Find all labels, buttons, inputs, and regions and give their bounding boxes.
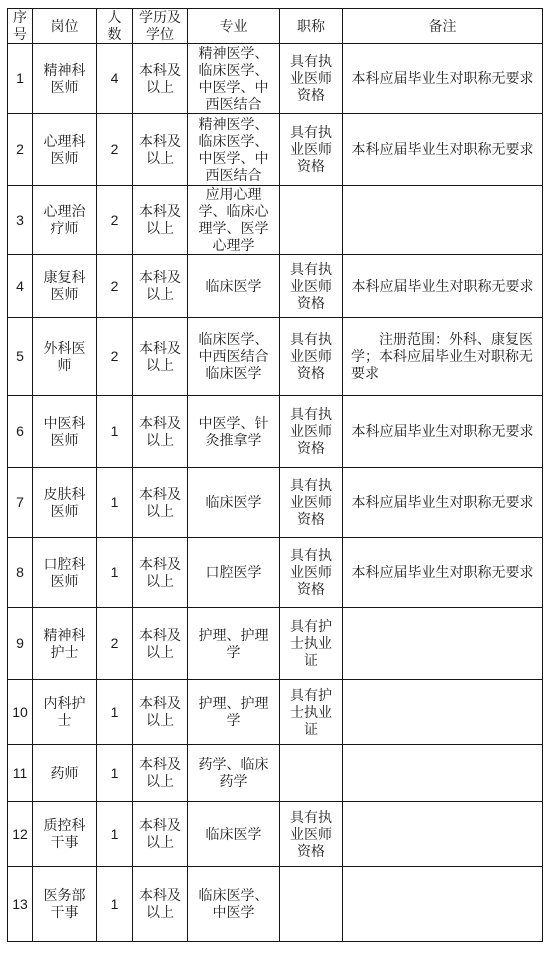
header-cell-note: 备注 <box>343 9 543 44</box>
cell-note: 注册范围：外科、康复医学；本科应届毕业生对职称无要求 <box>343 318 543 396</box>
cell-post: 内科护士 <box>33 680 97 745</box>
header-cell-no: 序号 <box>8 9 33 44</box>
header-cell-edu: 学历及学位 <box>133 9 188 44</box>
cell-count: 2 <box>97 186 133 255</box>
cell-note: 本科应届毕业生对职称无要求 <box>343 468 543 538</box>
table-row: 4康复科医师2本科及以上临床医学具有执业医师资格本科应届毕业生对职称无要求 <box>8 255 543 318</box>
cell-note <box>343 802 543 867</box>
cell-edu: 本科及以上 <box>133 867 188 942</box>
cell-major: 临床医学、中医学 <box>188 867 280 942</box>
cell-edu: 本科及以上 <box>133 114 188 186</box>
cell-no: 3 <box>8 186 33 255</box>
header-row: 序号 岗位 人数 学历及学位 专业 职称 备注 <box>8 9 543 44</box>
cell-post: 心理科医师 <box>33 114 97 186</box>
cell-major: 药学、临床药学 <box>188 745 280 802</box>
header-cell-count: 人数 <box>97 9 133 44</box>
cell-note: 本科应届毕业生对职称无要求 <box>343 396 543 468</box>
cell-title: 具有执业医师资格 <box>280 255 343 318</box>
table-row: 3心理治疗师2本科及以上应用心理学、临床心理学、医学心理学 <box>8 186 543 255</box>
cell-major: 口腔医学 <box>188 538 280 608</box>
cell-post: 皮肤科医师 <box>33 468 97 538</box>
cell-edu: 本科及以上 <box>133 255 188 318</box>
cell-note <box>343 745 543 802</box>
header-cell-major: 专业 <box>188 9 280 44</box>
cell-no: 2 <box>8 114 33 186</box>
cell-title: 具有执业医师资格 <box>280 318 343 396</box>
cell-count: 1 <box>97 468 133 538</box>
table-body: 1精神科医师4本科及以上精神医学、临床医学、中医学、中西医结合具有执业医师资格本… <box>8 44 543 942</box>
cell-post: 药师 <box>33 745 97 802</box>
cell-count: 1 <box>97 745 133 802</box>
cell-count: 1 <box>97 802 133 867</box>
cell-note <box>343 186 543 255</box>
cell-edu: 本科及以上 <box>133 802 188 867</box>
cell-major: 临床医学、中西医结合临床医学 <box>188 318 280 396</box>
table-row: 5外科医师2本科及以上临床医学、中西医结合临床医学具有执业医师资格注册范围：外科… <box>8 318 543 396</box>
cell-edu: 本科及以上 <box>133 468 188 538</box>
cell-edu: 本科及以上 <box>133 396 188 468</box>
cell-edu: 本科及以上 <box>133 44 188 114</box>
cell-no: 11 <box>8 745 33 802</box>
cell-note: 本科应届毕业生对职称无要求 <box>343 44 543 114</box>
cell-title: 具有执业医师资格 <box>280 468 343 538</box>
cell-count: 4 <box>97 44 133 114</box>
cell-note <box>343 867 543 942</box>
cell-no: 1 <box>8 44 33 114</box>
cell-no: 4 <box>8 255 33 318</box>
cell-no: 5 <box>8 318 33 396</box>
cell-count: 2 <box>97 608 133 680</box>
cell-note <box>343 680 543 745</box>
cell-edu: 本科及以上 <box>133 608 188 680</box>
cell-post: 医务部干事 <box>33 867 97 942</box>
cell-post: 中医科医师 <box>33 396 97 468</box>
cell-no: 12 <box>8 802 33 867</box>
table-row: 7皮肤科医师1本科及以上临床医学具有执业医师资格本科应届毕业生对职称无要求 <box>8 468 543 538</box>
cell-post: 精神科护士 <box>33 608 97 680</box>
cell-note: 本科应届毕业生对职称无要求 <box>343 255 543 318</box>
cell-major: 精神医学、临床医学、中医学、中西医结合 <box>188 114 280 186</box>
table-row: 13医务部干事1本科及以上临床医学、中医学 <box>8 867 543 942</box>
cell-edu: 本科及以上 <box>133 538 188 608</box>
table-row: 9精神科护士2本科及以上护理、护理学具有护士执业证 <box>8 608 543 680</box>
cell-major: 临床医学 <box>188 255 280 318</box>
cell-major: 护理、护理学 <box>188 608 280 680</box>
cell-note: 本科应届毕业生对职称无要求 <box>343 538 543 608</box>
cell-major: 中医学、针灸推拿学 <box>188 396 280 468</box>
cell-edu: 本科及以上 <box>133 318 188 396</box>
cell-post: 质控科干事 <box>33 802 97 867</box>
cell-no: 10 <box>8 680 33 745</box>
header-cell-title: 职称 <box>280 9 343 44</box>
cell-count: 1 <box>97 680 133 745</box>
cell-title: 具有护士执业证 <box>280 608 343 680</box>
cell-no: 13 <box>8 867 33 942</box>
table-row: 8口腔科医师1本科及以上口腔医学具有执业医师资格本科应届毕业生对职称无要求 <box>8 538 543 608</box>
cell-title: 具有执业医师资格 <box>280 538 343 608</box>
cell-count: 1 <box>97 867 133 942</box>
cell-post: 精神科医师 <box>33 44 97 114</box>
cell-no: 7 <box>8 468 33 538</box>
cell-major: 临床医学 <box>188 468 280 538</box>
cell-post: 心理治疗师 <box>33 186 97 255</box>
cell-major: 精神医学、临床医学、中医学、中西医结合 <box>188 44 280 114</box>
cell-title: 具有执业医师资格 <box>280 44 343 114</box>
cell-post: 外科医师 <box>33 318 97 396</box>
table-row: 1精神科医师4本科及以上精神医学、临床医学、中医学、中西医结合具有执业医师资格本… <box>8 44 543 114</box>
cell-no: 8 <box>8 538 33 608</box>
cell-count: 2 <box>97 318 133 396</box>
cell-note <box>343 608 543 680</box>
cell-post: 口腔科医师 <box>33 538 97 608</box>
recruitment-table: 序号 岗位 人数 学历及学位 专业 职称 备注 1精神科医师4本科及以上精神医学… <box>7 8 543 942</box>
cell-major: 护理、护理学 <box>188 680 280 745</box>
cell-title: 具有护士执业证 <box>280 680 343 745</box>
cell-count: 2 <box>97 114 133 186</box>
table-row: 10内科护士1本科及以上护理、护理学具有护士执业证 <box>8 680 543 745</box>
cell-title: 具有执业医师资格 <box>280 396 343 468</box>
table-row: 6中医科医师1本科及以上中医学、针灸推拿学具有执业医师资格本科应届毕业生对职称无… <box>8 396 543 468</box>
cell-major: 临床医学 <box>188 802 280 867</box>
cell-title: 具有执业医师资格 <box>280 802 343 867</box>
cell-count: 1 <box>97 396 133 468</box>
cell-title: 具有执业医师资格 <box>280 114 343 186</box>
table-row: 2心理科医师2本科及以上精神医学、临床医学、中医学、中西医结合具有执业医师资格本… <box>8 114 543 186</box>
cell-title <box>280 745 343 802</box>
cell-no: 6 <box>8 396 33 468</box>
cell-edu: 本科及以上 <box>133 186 188 255</box>
cell-count: 1 <box>97 538 133 608</box>
cell-count: 2 <box>97 255 133 318</box>
cell-post: 康复科医师 <box>33 255 97 318</box>
cell-title <box>280 186 343 255</box>
cell-major: 应用心理学、临床心理学、医学心理学 <box>188 186 280 255</box>
cell-edu: 本科及以上 <box>133 745 188 802</box>
cell-note: 本科应届毕业生对职称无要求 <box>343 114 543 186</box>
cell-title <box>280 867 343 942</box>
table-row: 11药师1本科及以上药学、临床药学 <box>8 745 543 802</box>
cell-no: 9 <box>8 608 33 680</box>
table-row: 12质控科干事1本科及以上临床医学具有执业医师资格 <box>8 802 543 867</box>
cell-edu: 本科及以上 <box>133 680 188 745</box>
header-cell-post: 岗位 <box>33 9 97 44</box>
